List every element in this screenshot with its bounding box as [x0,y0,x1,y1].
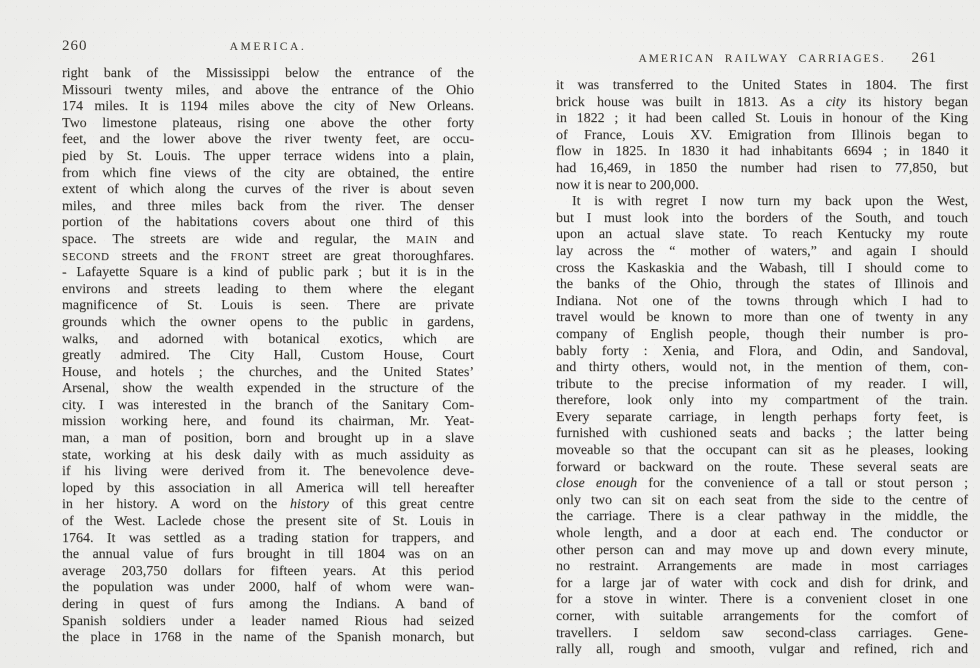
text-line: had 16,469, in 1850 the number had risen… [556,161,968,178]
text-line: Missouri twenty miles, and above the ent… [62,83,474,100]
text-line: no restraint. Arrangements are made in m… [556,559,968,576]
text-line: dering in quest of furs among the Indian… [62,597,474,614]
text-line: Arsenal, show the wealth expended in the… [62,381,474,398]
text-line: furnished with cushioned seats and backs… [556,426,968,443]
text-line: 1764. It was settled as a trading statio… [62,531,474,548]
text-line: walks, and adorned with botanical exotic… [62,332,474,349]
text-line: cross the Kaskaskia and the Wabash, till… [556,261,968,278]
text-line: bably forty : Xenia, and Flora, and Odin… [556,344,968,361]
text-line: the carriage. There is a clear pathway i… [556,509,968,526]
text-line: the population was under 2000, half of w… [62,580,474,597]
text-line: extent of which along the curves of the … [62,182,474,199]
text-line: portion of the habitations covers about … [62,215,474,232]
text-line: - Lafayette Square is a kind of public p… [62,265,474,282]
text-line: miles, and three miles back from the riv… [62,199,474,216]
text-line: other person can and may move up and dow… [556,543,968,560]
text-line: Every separate carriage, in length perha… [556,410,968,427]
text-line: if his living were derived from it. The … [62,464,474,481]
text-line: for a large jar of water with cock and d… [556,576,968,593]
text-line: Two limestone plateaus, rising one above… [62,116,474,133]
text-line: SECOND streets and the FRONT street are … [62,249,474,266]
text-line: it was transferred to the United States … [556,78,968,95]
page-left: 260 AMERICA. right bank of the Mississip… [62,38,474,647]
text-line: space. The streets are wide and regular,… [62,232,474,249]
page-right-header: AMERICAN RAILWAY CARRIAGES. 261 [556,50,968,68]
text-line: environs and streets leading to them whe… [62,282,474,299]
text-line: moveable so that the occupant can sit as… [556,443,968,460]
text-line: tribute to the precise information of my… [556,377,968,394]
text-line: upon an actual slave state. To reach Ken… [556,227,968,244]
page-left-header: 260 AMERICA. [62,38,474,56]
text-line: in her history. A word on the history of… [62,497,474,514]
text-line: only two can sit on each seat from the s… [556,493,968,510]
text-line: of the West. Laclede chose the present s… [62,514,474,531]
text-line: Spanish soldiers under a leader named Ri… [62,614,474,631]
text-line: state, working at his desk daily with as… [62,448,474,465]
text-line: but I must look into the borders of the … [556,211,968,228]
text-line: greatly admired. The City Hall, Custom H… [62,348,474,365]
text-line: the annual value of furs brought in till… [62,547,474,564]
text-line: right bank of the Mississippi below the … [62,66,474,83]
page-right: AMERICAN RAILWAY CARRIAGES. 261 it was t… [556,50,968,659]
text-line: the banks of the Ohio, through the state… [556,277,968,294]
text-line: 174 miles. It is 1194 miles above the ci… [62,99,474,116]
text-line: from which fine views of the city are ob… [62,166,474,183]
text-line: travel would be known to more than one o… [556,310,968,327]
text-line: city. I was interested in the branch of … [62,398,474,415]
text-line: corner, with suitable arrangements for t… [556,609,968,626]
text-line: whole length, and a door at each end. Th… [556,526,968,543]
text-line: loped by this association in all America… [62,481,474,498]
text-line: House, and hotels ; the churches, and th… [62,365,474,382]
text-line: in 1822 ; it had been called St. Louis i… [556,111,968,128]
text-line: average 203,750 dollars for fifteen year… [62,564,474,581]
text-line: It is with regret I now turn my back upo… [556,194,968,211]
text-line: Indiana. Not one of the towns through wh… [556,294,968,311]
text-line: lay across the “ mother of waters,” and … [556,244,968,261]
running-head-right: AMERICAN RAILWAY CARRIAGES. [556,50,968,65]
book-spread: 260 AMERICA. right bank of the Mississip… [0,0,980,668]
text-line: travellers. I seldom saw second-class ca… [556,626,968,643]
text-line: magnificence of St. Louis is seen. There… [62,298,474,315]
text-line: forward or backward on the route. These … [556,460,968,477]
text-line: mission working here, and found its chai… [62,414,474,431]
text-line: of France, Louis XV. Emigration from Ill… [556,128,968,145]
page-number-left: 260 [62,38,88,55]
text-line: flow in 1825. In 1830 it had inhabitants… [556,144,968,161]
running-head-left: AMERICA. [62,38,474,53]
text-line: company of English people, though their … [556,327,968,344]
text-line: brick house was built in 1813. As a city… [556,95,968,112]
text-line: now it is near to 200,000. [556,178,968,195]
text-line: the place in 1768 in the name of the Spa… [62,630,474,647]
page-text-left: right bank of the Mississippi below the … [62,66,474,647]
page-text-right: it was transferred to the United States … [556,78,968,659]
text-line: feet, and the lower above the river twen… [62,132,474,149]
text-line: grounds which the owner opens to the pub… [62,315,474,332]
text-line: rally all, rough and smooth, vulgar and … [556,642,968,659]
text-line: man, a man of position, born and brought… [62,431,474,448]
page-number-right: 261 [912,50,938,67]
text-line: therefore, look only into my compartment… [556,393,968,410]
text-line: and thirty others, would not, in the men… [556,360,968,377]
text-line: close enough for the convenience of a ta… [556,476,968,493]
text-line: pied by St. Louis. The upper terrace wid… [62,149,474,166]
text-line: for a stove in winter. There is a conven… [556,592,968,609]
